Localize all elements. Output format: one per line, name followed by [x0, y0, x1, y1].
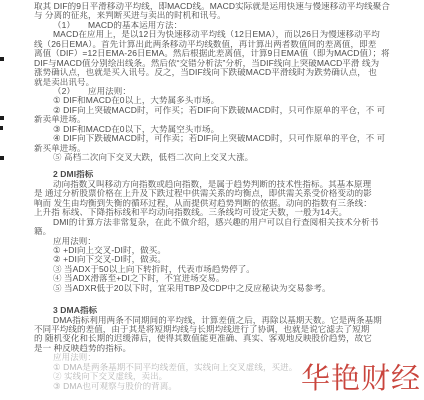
text-line: 涨势确认点，也就是买入讯号。反之，当DIF线向下跌破MACD平滑线时为跌势确认点… — [34, 68, 418, 77]
text-line: ⑤ 高档二次向下交叉大跌，低档二次向上交叉大涨。 — [34, 153, 418, 162]
text-line: 新卖单进场。 — [34, 115, 418, 124]
text-line: 响而 发生由均衡到失衡的循环过程，从而提供对趋势判断的依据。动向的指数有三条线： — [34, 199, 418, 208]
text-line: DMA指标利用两条不同期间的平均线，计算差值之后，再除以基期天数。它是两条基期 — [34, 316, 418, 325]
text-line: 是 通过分析股票价格在上升及下跌过程中供需关系的均衡点，即供需关系受价格变动的影 — [34, 189, 418, 198]
text-line: 就是卖出讯号。 — [34, 78, 418, 87]
document-text-block: 取其 DIF的9日平滑移动平均线，即MACD线。MACD实际就是运用快速与慢速移… — [34, 2, 418, 391]
section-heading: 2 DMI指标 — [34, 170, 418, 179]
text-line: ③ DIF和MACD在0以下，大势属空头市场。 — [34, 125, 418, 134]
document-page: 取其 DIF的9日平滑移动平均线，即MACD线。MACD实际就是运用快速与慢速移… — [0, 0, 424, 400]
text-line: ① +DI向上交叉-DI时，做买。 — [34, 246, 418, 255]
text-line: 线（26日EMA）。首先计算出此两条移动平均线数值，再计算出两者数值间的差离值，… — [34, 40, 418, 49]
text-line: 离值（DIF）=12日EMA-26日EMA。然后根据此差离值，计算9日EMA值（… — [34, 49, 418, 58]
text-line: 不同平均线的差值，由于其是将短期均线与长期均线进行了协调，也就是说它滤去了短期 — [34, 325, 418, 334]
text-line: 应用法则： — [34, 237, 418, 246]
scan-artifact — [0, 126, 3, 130]
text-line: （2） 应用法则： — [34, 87, 418, 96]
watermark: 华艳财经 — [301, 356, 421, 397]
scan-artifact — [0, 57, 4, 61]
text-line: ④ DIF向下跌破MACD时，可作卖；若DIF向上突破MACD时，只可作原单的平… — [34, 134, 418, 143]
text-line: （1） MACD的基本运用方法： — [34, 21, 418, 30]
text-line: ① DIF和MACD在0以上，大势属多头市场。 — [34, 96, 418, 105]
text-line: 动向指数又叫移动方向指数或趋向指数，是属于趋势判断的技术性指标。其基本原理 — [34, 180, 418, 189]
text-line: DIF与MACD值分别绘出线条。然后依“交错分析法”分析，当DIF线向上突破MA… — [34, 59, 418, 68]
text-line: 是一 种反映趋势的指标。 — [34, 344, 418, 353]
text-line: ④ 当ADX滑落至+DI之下时，不宜进场交易。 — [34, 274, 418, 283]
section-heading: 3 DMA指标 — [34, 306, 418, 315]
text-line: 取其 DIF的9日平滑移动平均线，即MACD线。MACD实际就是运用快速与慢速移… — [34, 2, 418, 11]
text-line: ⑤ 当ADXR低于20以下时，宜采用TBP及CDP中之反应秘诀为交易参考。 — [34, 284, 418, 293]
text-line: ② +DI向下交叉-DI时，做卖。 — [34, 255, 418, 264]
text-line: 籍。 — [34, 227, 418, 236]
scan-artifact — [0, 116, 4, 120]
text-line: ② DIF向上突破MACD时，可作买；若DIF向下跌破MACD时，只可作原单的平… — [34, 106, 418, 115]
text-line: 上升指 标线、下降指标线和平均动向指数线。三条线均可设定天数，一般为14天。 — [34, 208, 418, 217]
text-line: 与 分离的征兆，来判断买进与卖出的时机和讯号。 — [34, 11, 418, 20]
text-line: 的 随机变化和长期的迟缓滞后，使得其数值能更准确、真实、客观地反映股价趋势，故它 — [34, 334, 418, 343]
text-line: DMI的计算方法非常复杂，在此不做介绍，感兴趣的用户可以自行查阅相关技术分析书 — [34, 218, 418, 227]
scan-artifact — [0, 156, 4, 160]
text-line: ③ 当ADX于50以上向下转折时，代表市场趋势停了。 — [34, 265, 418, 274]
text-line: 新买单进场。 — [34, 144, 418, 153]
text-line: MACD在应用上，是以12日为快速移动平均线（12日EMA），而以26日为慢速移… — [34, 30, 418, 39]
